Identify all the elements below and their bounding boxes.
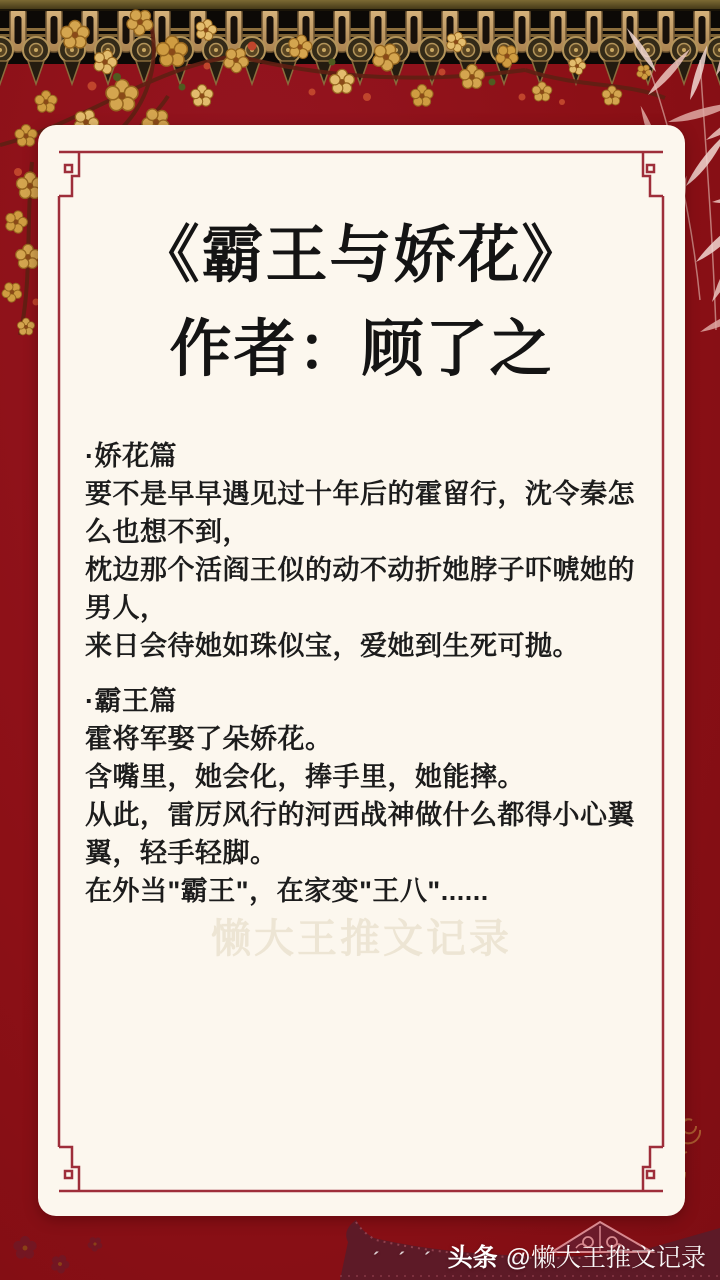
section-bawang: ·霸王篇 霍将军娶了朵娇花。 含嘴里，她会化，捧手里，她能摔。 从此，雷厉风行的… [85,682,638,910]
corner-ornament-bottom-right [643,1147,663,1191]
book-title: 《霸王与娇花》 [85,209,638,303]
section-line: 要不是早早遇见过十年后的霍留行，沈令秦怎 [85,475,638,513]
corner-ornament-bottom-left [59,1147,79,1191]
section-line: 在外当"霸王"，在家变"王八"...... [85,872,638,910]
center-watermark: 懒大王推文记录 [85,916,638,962]
section-line: 男人， [85,589,638,627]
footer-ticks: ´ ´ ´ [373,1250,438,1271]
section-heading: ·娇花篇 [85,437,638,475]
section-line: 从此，雷厉风行的河西战神做什么都得小心翼 [85,796,638,834]
book-title-block: 《霸王与娇花》 作者：顾了之 [85,209,638,397]
book-author: 作者：顾了之 [85,303,638,397]
section-line: 么也想不到， [85,513,638,551]
section-line: 含嘴里，她会化，捧手里，她能摔。 [85,758,638,796]
story-card: 《霸王与娇花》 作者：顾了之 ·娇花篇 要不是早早遇见过十年后的霍留行，沈令秦怎… [38,125,685,1216]
corner-hook-bottom-right [647,1171,654,1178]
dark-blossom-silhouette [0,1232,130,1280]
toutiao-brand-label: 头条 [448,1244,498,1272]
section-heading: ·霸王篇 [85,682,638,720]
poster-canvas: 《霸王与娇花》 作者：顾了之 ·娇花篇 要不是早早遇见过十年后的霍留行，沈令秦怎… [0,0,720,1280]
section-line: 翼，轻手轻脚。 [85,834,638,872]
section-jiaohua: ·娇花篇 要不是早早遇见过十年后的霍留行，沈令秦怎 么也想不到， 枕边那个活阎王… [85,437,638,665]
footer-watermark: ´ ´ ´头条@懒大王推文记录 [373,1244,706,1275]
card-content: 《霸王与娇花》 作者：顾了之 ·娇花篇 要不是早早遇见过十年后的霍留行，沈令秦怎… [38,125,685,962]
corner-hook-bottom-left [65,1171,72,1178]
footer-author-handle: @懒大王推文记录 [506,1244,706,1272]
section-line: 枕边那个活阎王似的动不动折她脖子吓唬她的 [85,551,638,589]
section-line: 来日会待她如珠似宝，爱她到生死可抛。 [85,627,638,665]
section-line: 霍将军娶了朵娇花。 [85,720,638,758]
